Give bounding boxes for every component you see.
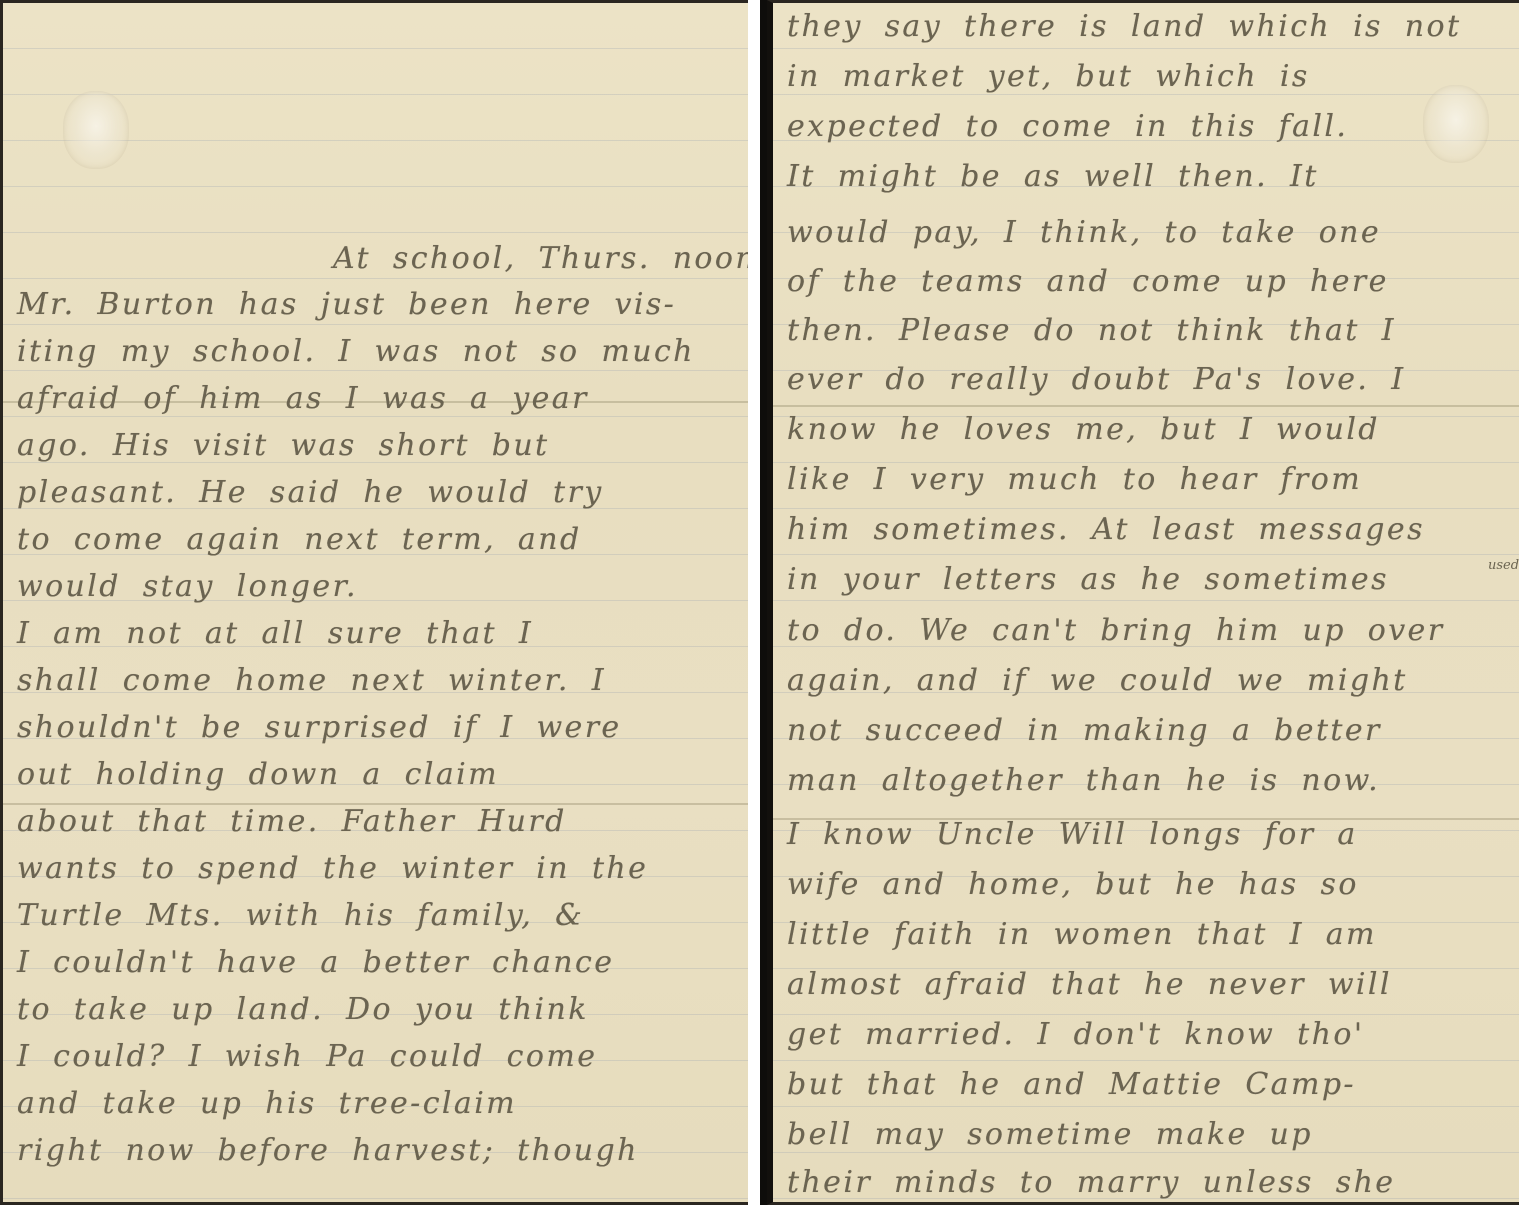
letter-line: ever do really doubt Pa's love. I [787,360,1505,400]
letter-line: bell may sometime make up [787,1115,1505,1155]
letter-line: wife and home, but he has so [787,865,1505,905]
letter-line: then. Please do not think that I [787,311,1505,351]
letter-page-right: they say there is land which is not in m… [767,0,1519,1205]
letter-line: him sometimes. At least messages [787,510,1505,550]
letter-line: to come again next term, and [17,520,734,560]
letter-line: and take up his tree-claim [17,1084,734,1124]
letter-line: shouldn't be surprised if I were [17,708,734,748]
letter-line: know he loves me, but I would [787,410,1505,450]
letter-line: would stay longer. [17,567,734,607]
letter-line: almost afraid that he never will [787,965,1505,1005]
letter-line: I am not at all sure that I [17,614,734,654]
letter-line: in your letters as he sometimes [787,560,1505,600]
page-gutter-shadow [760,0,767,1205]
letter-line: pleasant. He said he would try [17,473,734,513]
page-fold-line [773,405,1519,407]
letter-line: Mr. Burton has just been here vis- [17,285,734,325]
letter-line: ago. His visit was short but [17,426,734,466]
letter-line: Turtle Mts. with his family, & [17,896,734,936]
letter-line: in market yet, but which is [787,57,1505,97]
embossed-seal-icon [63,91,129,169]
letter-line: out holding down a claim [17,755,734,795]
letter-line: afraid of him as I was a year [17,379,734,419]
letter-line: little faith in women that I am [787,915,1505,955]
letter-line: like I very much to hear from [787,460,1505,500]
letter-line: It might be as well then. It [787,157,1505,197]
letter-line: man altogether than he is now. [787,761,1505,801]
letter-line: get married. I don't know tho' [787,1015,1505,1055]
letter-line: expected to come in this fall. [787,107,1505,147]
letter-line: I could? I wish Pa could come [17,1037,734,1077]
letter-line: I couldn't have a better chance [17,943,734,983]
letter-line: would pay, I think, to take one [787,213,1505,253]
letter-line: I know Uncle Will longs for a [787,815,1505,855]
letter-line: their minds to marry unless she [787,1163,1505,1203]
letter-line: but that he and Mattie Camp- [787,1065,1505,1105]
letter-line: to do. We can't bring him up over [787,611,1505,651]
insertion-mark: used [1488,558,1519,573]
letter-line: they say there is land which is not [787,7,1505,47]
letter-line: not succeed in making a better [787,711,1505,751]
letter-line: to take up land. Do you think [17,990,734,1030]
letter-line: of the teams and come up here [787,262,1505,302]
letter-line: iting my school. I was not so much [17,332,734,372]
letter-heading: At school, Thurs. noon. [333,239,734,279]
letter-line: about that time. Father Hurd [17,802,734,842]
letter-line: wants to spend the winter in the [17,849,734,889]
letter-line: shall come home next winter. I [17,661,734,701]
letter-line: right now before harvest; though [17,1131,734,1171]
letter-line: again, and if we could we might [787,661,1505,701]
letter-page-left: At school, Thurs. noon. Mr. Burton has j… [0,0,748,1205]
